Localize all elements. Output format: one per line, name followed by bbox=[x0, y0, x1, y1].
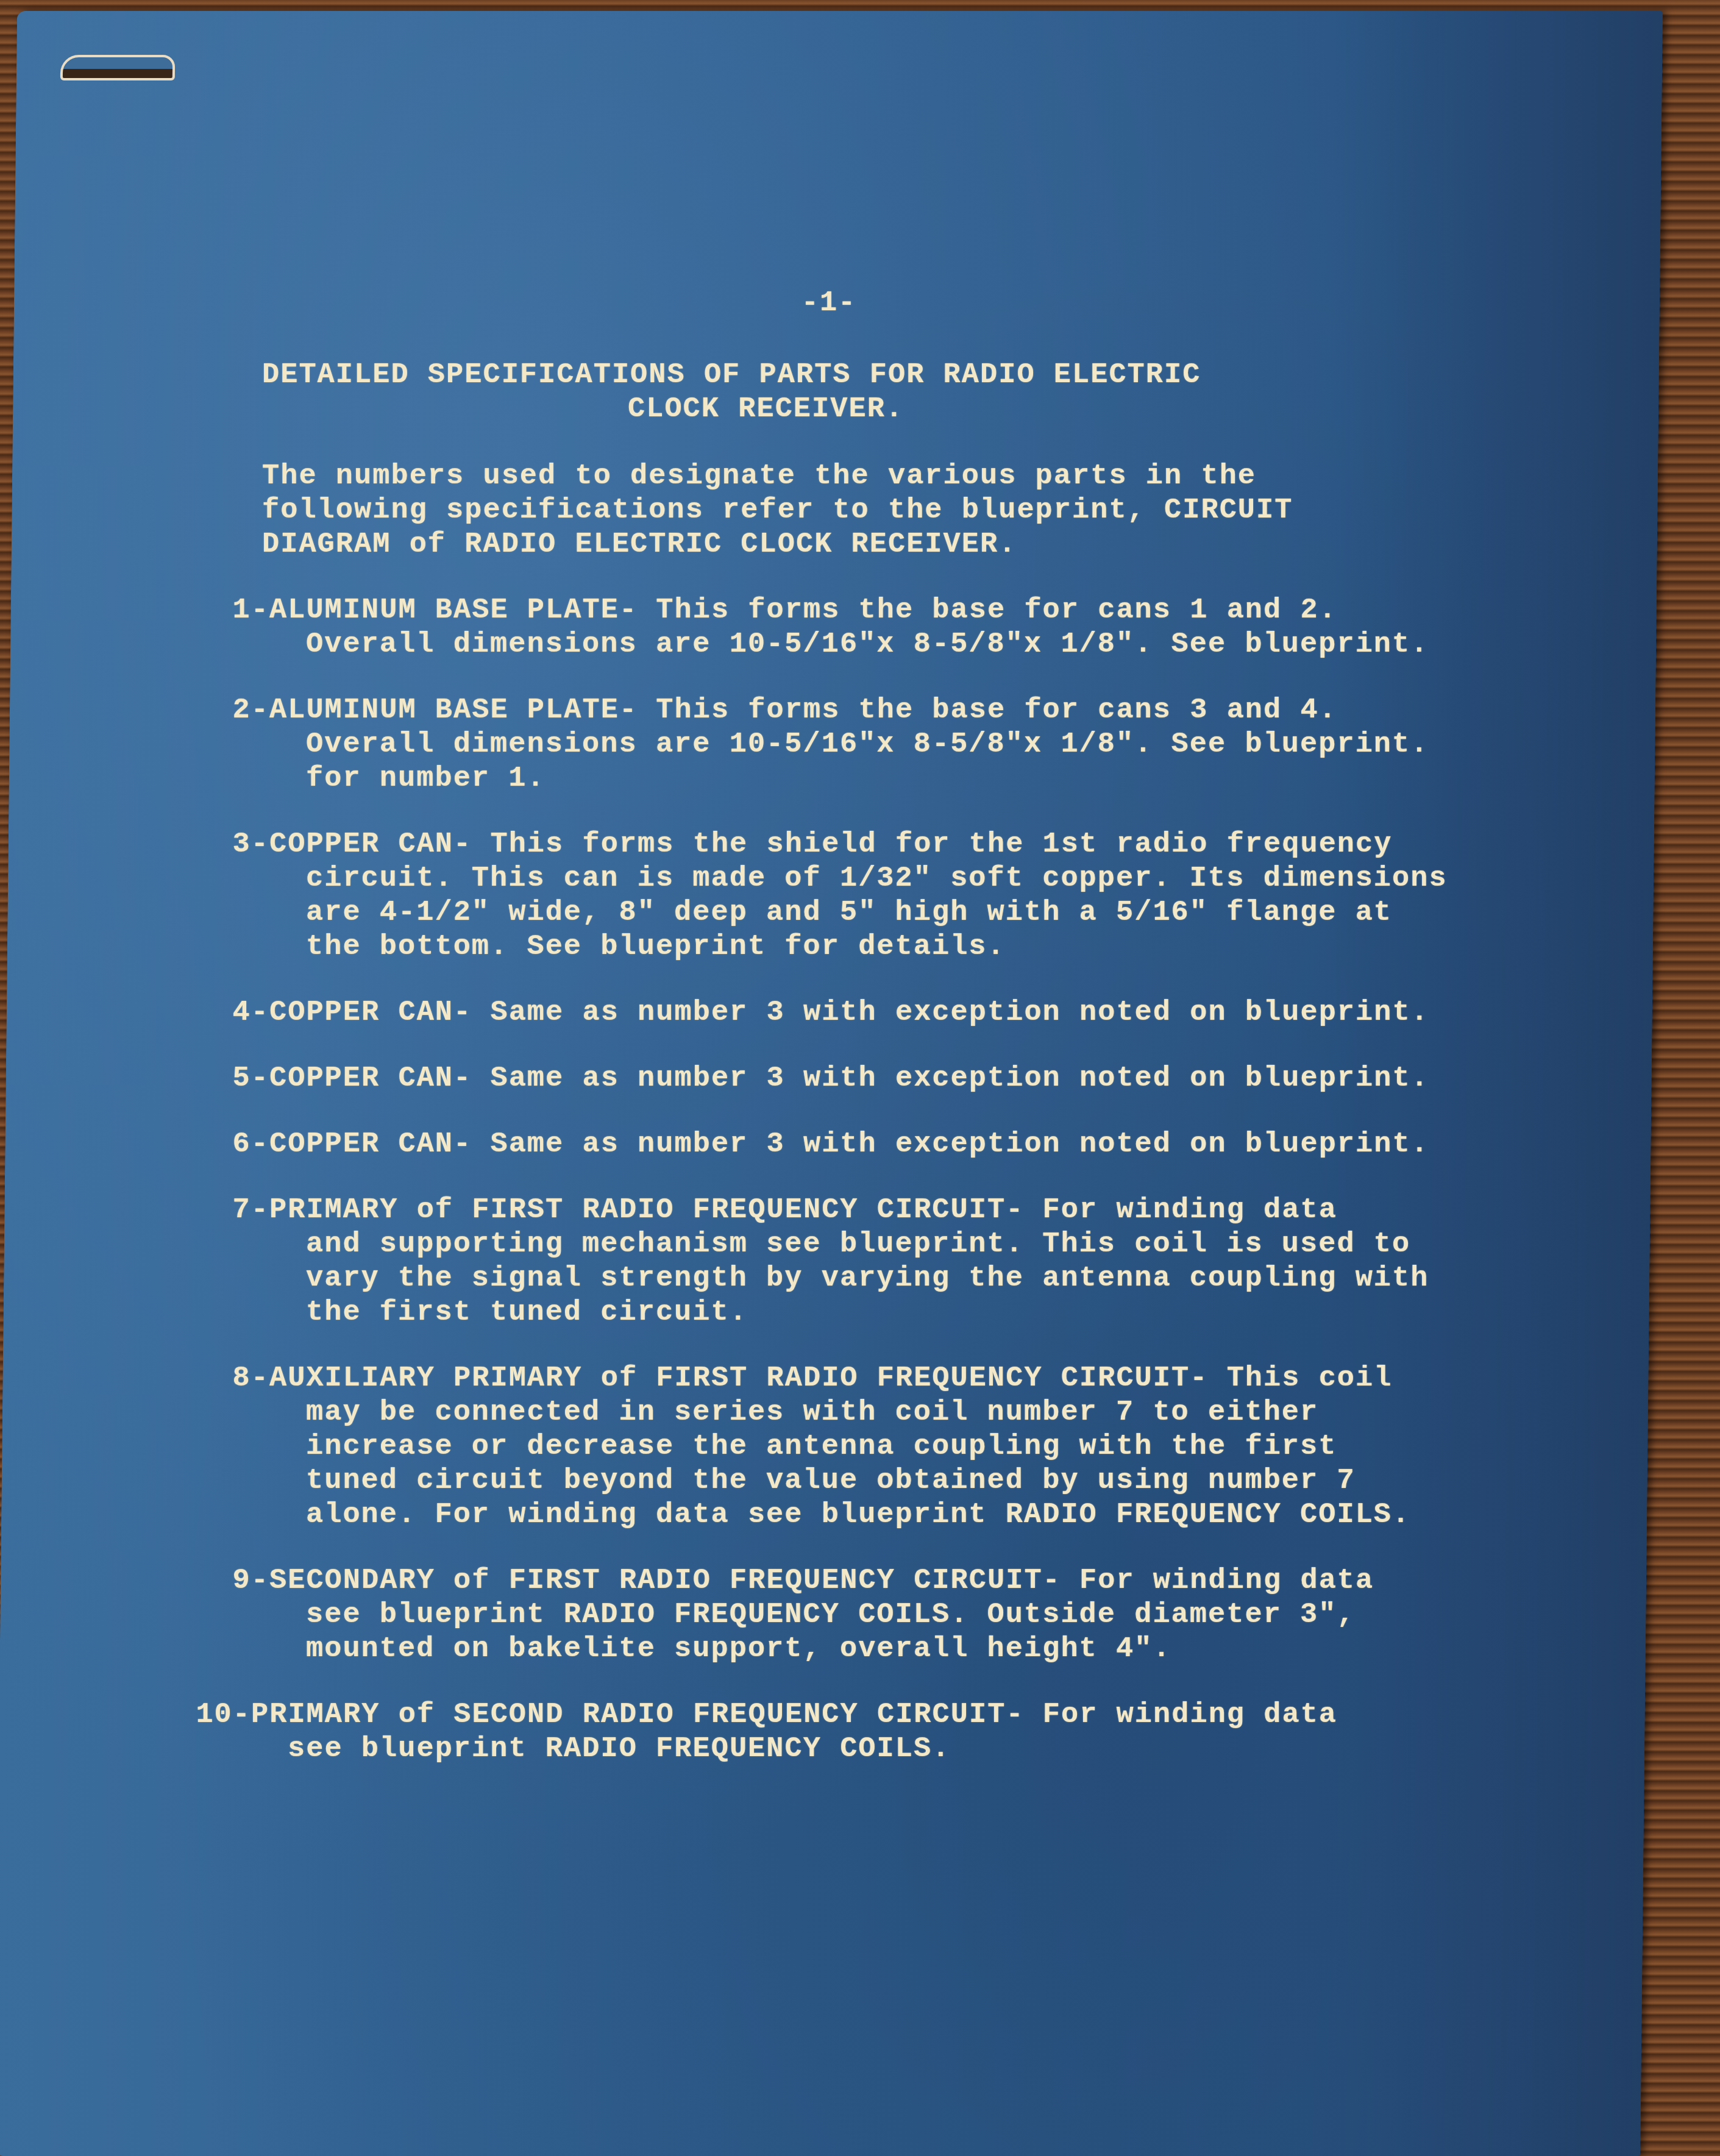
intro-line: following specifications refer to the bl… bbox=[262, 494, 1420, 528]
spec-item-line: see blueprint RADIO FREQUENCY COILS. bbox=[251, 1732, 1573, 1766]
spec-item: 8-AUXILIARY PRIMARY of FIRST RADIO FREQU… bbox=[207, 1362, 1573, 1532]
title-line-1: DETAILED SPECIFICATIONS OF PARTS FOR RAD… bbox=[262, 359, 1201, 391]
punched-hole bbox=[60, 55, 175, 80]
title-line-2: CLOCK RECEIVER. bbox=[262, 393, 1573, 427]
spec-item-line: increase or decrease the antenna couplin… bbox=[269, 1430, 1573, 1464]
spec-item-number: 6- bbox=[207, 1128, 269, 1162]
spec-item-line: may be connected in series with coil num… bbox=[269, 1396, 1573, 1430]
parts-list: 1-ALUMINUM BASE PLATE- This forms the ba… bbox=[207, 594, 1573, 1766]
spec-item-number: 5- bbox=[207, 1062, 269, 1096]
intro-line: DIAGRAM of RADIO ELECTRIC CLOCK RECEIVER… bbox=[262, 528, 1420, 562]
spec-item-text: COPPER CAN- Same as number 3 with except… bbox=[269, 1062, 1573, 1096]
spec-item-line: the bottom. See blueprint for details. bbox=[269, 930, 1573, 964]
spec-item-line: PRIMARY of SECOND RADIO FREQUENCY CIRCUI… bbox=[251, 1698, 1573, 1732]
spec-item-line: COPPER CAN- Same as number 3 with except… bbox=[269, 1128, 1573, 1162]
document-body: -1- DETAILED SPECIFICATIONS OF PARTS FOR… bbox=[207, 286, 1573, 1798]
spec-item-line: COPPER CAN- This forms the shield for th… bbox=[269, 828, 1573, 862]
spec-item-text: ALUMINUM BASE PLATE- This forms the base… bbox=[269, 694, 1573, 796]
spec-item: 2-ALUMINUM BASE PLATE- This forms the ba… bbox=[207, 694, 1573, 796]
spec-item-text: COPPER CAN- This forms the shield for th… bbox=[269, 828, 1573, 964]
spec-item-line: see blueprint RADIO FREQUENCY COILS. Out… bbox=[269, 1598, 1573, 1632]
spec-item: 5-COPPER CAN- Same as number 3 with exce… bbox=[207, 1062, 1573, 1096]
spec-item-line: tuned circuit beyond the value obtained … bbox=[269, 1464, 1573, 1498]
spec-item-line: COPPER CAN- Same as number 3 with except… bbox=[269, 1062, 1573, 1096]
spec-item-number: 9- bbox=[207, 1564, 269, 1667]
spec-item-line: ALUMINUM BASE PLATE- This forms the base… bbox=[269, 694, 1573, 728]
spec-item-text: PRIMARY of FIRST RADIO FREQUENCY CIRCUIT… bbox=[269, 1194, 1573, 1330]
spec-item-line: PRIMARY of FIRST RADIO FREQUENCY CIRCUIT… bbox=[269, 1194, 1573, 1228]
spec-item-line: AUXILIARY PRIMARY of FIRST RADIO FREQUEN… bbox=[269, 1362, 1573, 1396]
intro-paragraph: The numbers used to designate the variou… bbox=[207, 460, 1420, 562]
spec-item-line: mounted on bakelite support, overall hei… bbox=[269, 1632, 1573, 1667]
spec-item-text: AUXILIARY PRIMARY of FIRST RADIO FREQUEN… bbox=[269, 1362, 1573, 1532]
spec-item-number: 3- bbox=[207, 828, 269, 964]
spec-item-number: 4- bbox=[207, 996, 269, 1030]
intro-line: The numbers used to designate the variou… bbox=[262, 460, 1420, 494]
spec-item: 9-SECONDARY of FIRST RADIO FREQUENCY CIR… bbox=[207, 1564, 1573, 1667]
spec-item-line: ALUMINUM BASE PLATE- This forms the base… bbox=[269, 594, 1573, 628]
spec-item-line: are 4-1/2" wide, 8" deep and 5" high wit… bbox=[269, 896, 1573, 930]
spec-item-line: the first tuned circuit. bbox=[269, 1296, 1573, 1330]
spec-item-text: ALUMINUM BASE PLATE- This forms the base… bbox=[269, 594, 1573, 662]
spec-item-number: 2- bbox=[207, 694, 269, 796]
spec-item: 1-ALUMINUM BASE PLATE- This forms the ba… bbox=[207, 594, 1573, 662]
spec-item: 7-PRIMARY of FIRST RADIO FREQUENCY CIRCU… bbox=[207, 1194, 1573, 1330]
spec-item-line: alone. For winding data see blueprint RA… bbox=[269, 1498, 1573, 1532]
document-title: DETAILED SPECIFICATIONS OF PARTS FOR RAD… bbox=[207, 358, 1573, 427]
spec-item: 6-COPPER CAN- Same as number 3 with exce… bbox=[207, 1128, 1573, 1162]
spec-item-line: COPPER CAN- Same as number 3 with except… bbox=[269, 996, 1573, 1030]
spec-item: 3-COPPER CAN- This forms the shield for … bbox=[207, 828, 1573, 964]
spec-item: 4-COPPER CAN- Same as number 3 with exce… bbox=[207, 996, 1573, 1030]
spec-item-number: 7- bbox=[207, 1194, 269, 1330]
spec-item-text: SECONDARY of FIRST RADIO FREQUENCY CIRCU… bbox=[269, 1564, 1573, 1667]
spec-item-line: vary the signal strength by varying the … bbox=[269, 1262, 1573, 1296]
spec-item-number: 10- bbox=[189, 1698, 251, 1766]
spec-item-line: and supporting mechanism see blueprint. … bbox=[269, 1228, 1573, 1262]
spec-item-line: Overall dimensions are 10-5/16"x 8-5/8"x… bbox=[269, 628, 1573, 662]
spec-item-line: for number 1. bbox=[269, 762, 1573, 796]
spec-item-line: SECONDARY of FIRST RADIO FREQUENCY CIRCU… bbox=[269, 1564, 1573, 1598]
spec-item: 10-PRIMARY of SECOND RADIO FREQUENCY CIR… bbox=[207, 1698, 1573, 1766]
spec-item-line: circuit. This can is made of 1/32" soft … bbox=[269, 862, 1573, 896]
spec-item-line: Overall dimensions are 10-5/16"x 8-5/8"x… bbox=[269, 728, 1573, 762]
spec-item-number: 8- bbox=[207, 1362, 269, 1532]
spec-item-text: COPPER CAN- Same as number 3 with except… bbox=[269, 1128, 1573, 1162]
spec-item-text: PRIMARY of SECOND RADIO FREQUENCY CIRCUI… bbox=[251, 1698, 1573, 1766]
page-number: -1- bbox=[85, 286, 1573, 321]
spec-item-number: 1- bbox=[207, 594, 269, 662]
spec-item-text: COPPER CAN- Same as number 3 with except… bbox=[269, 996, 1573, 1030]
